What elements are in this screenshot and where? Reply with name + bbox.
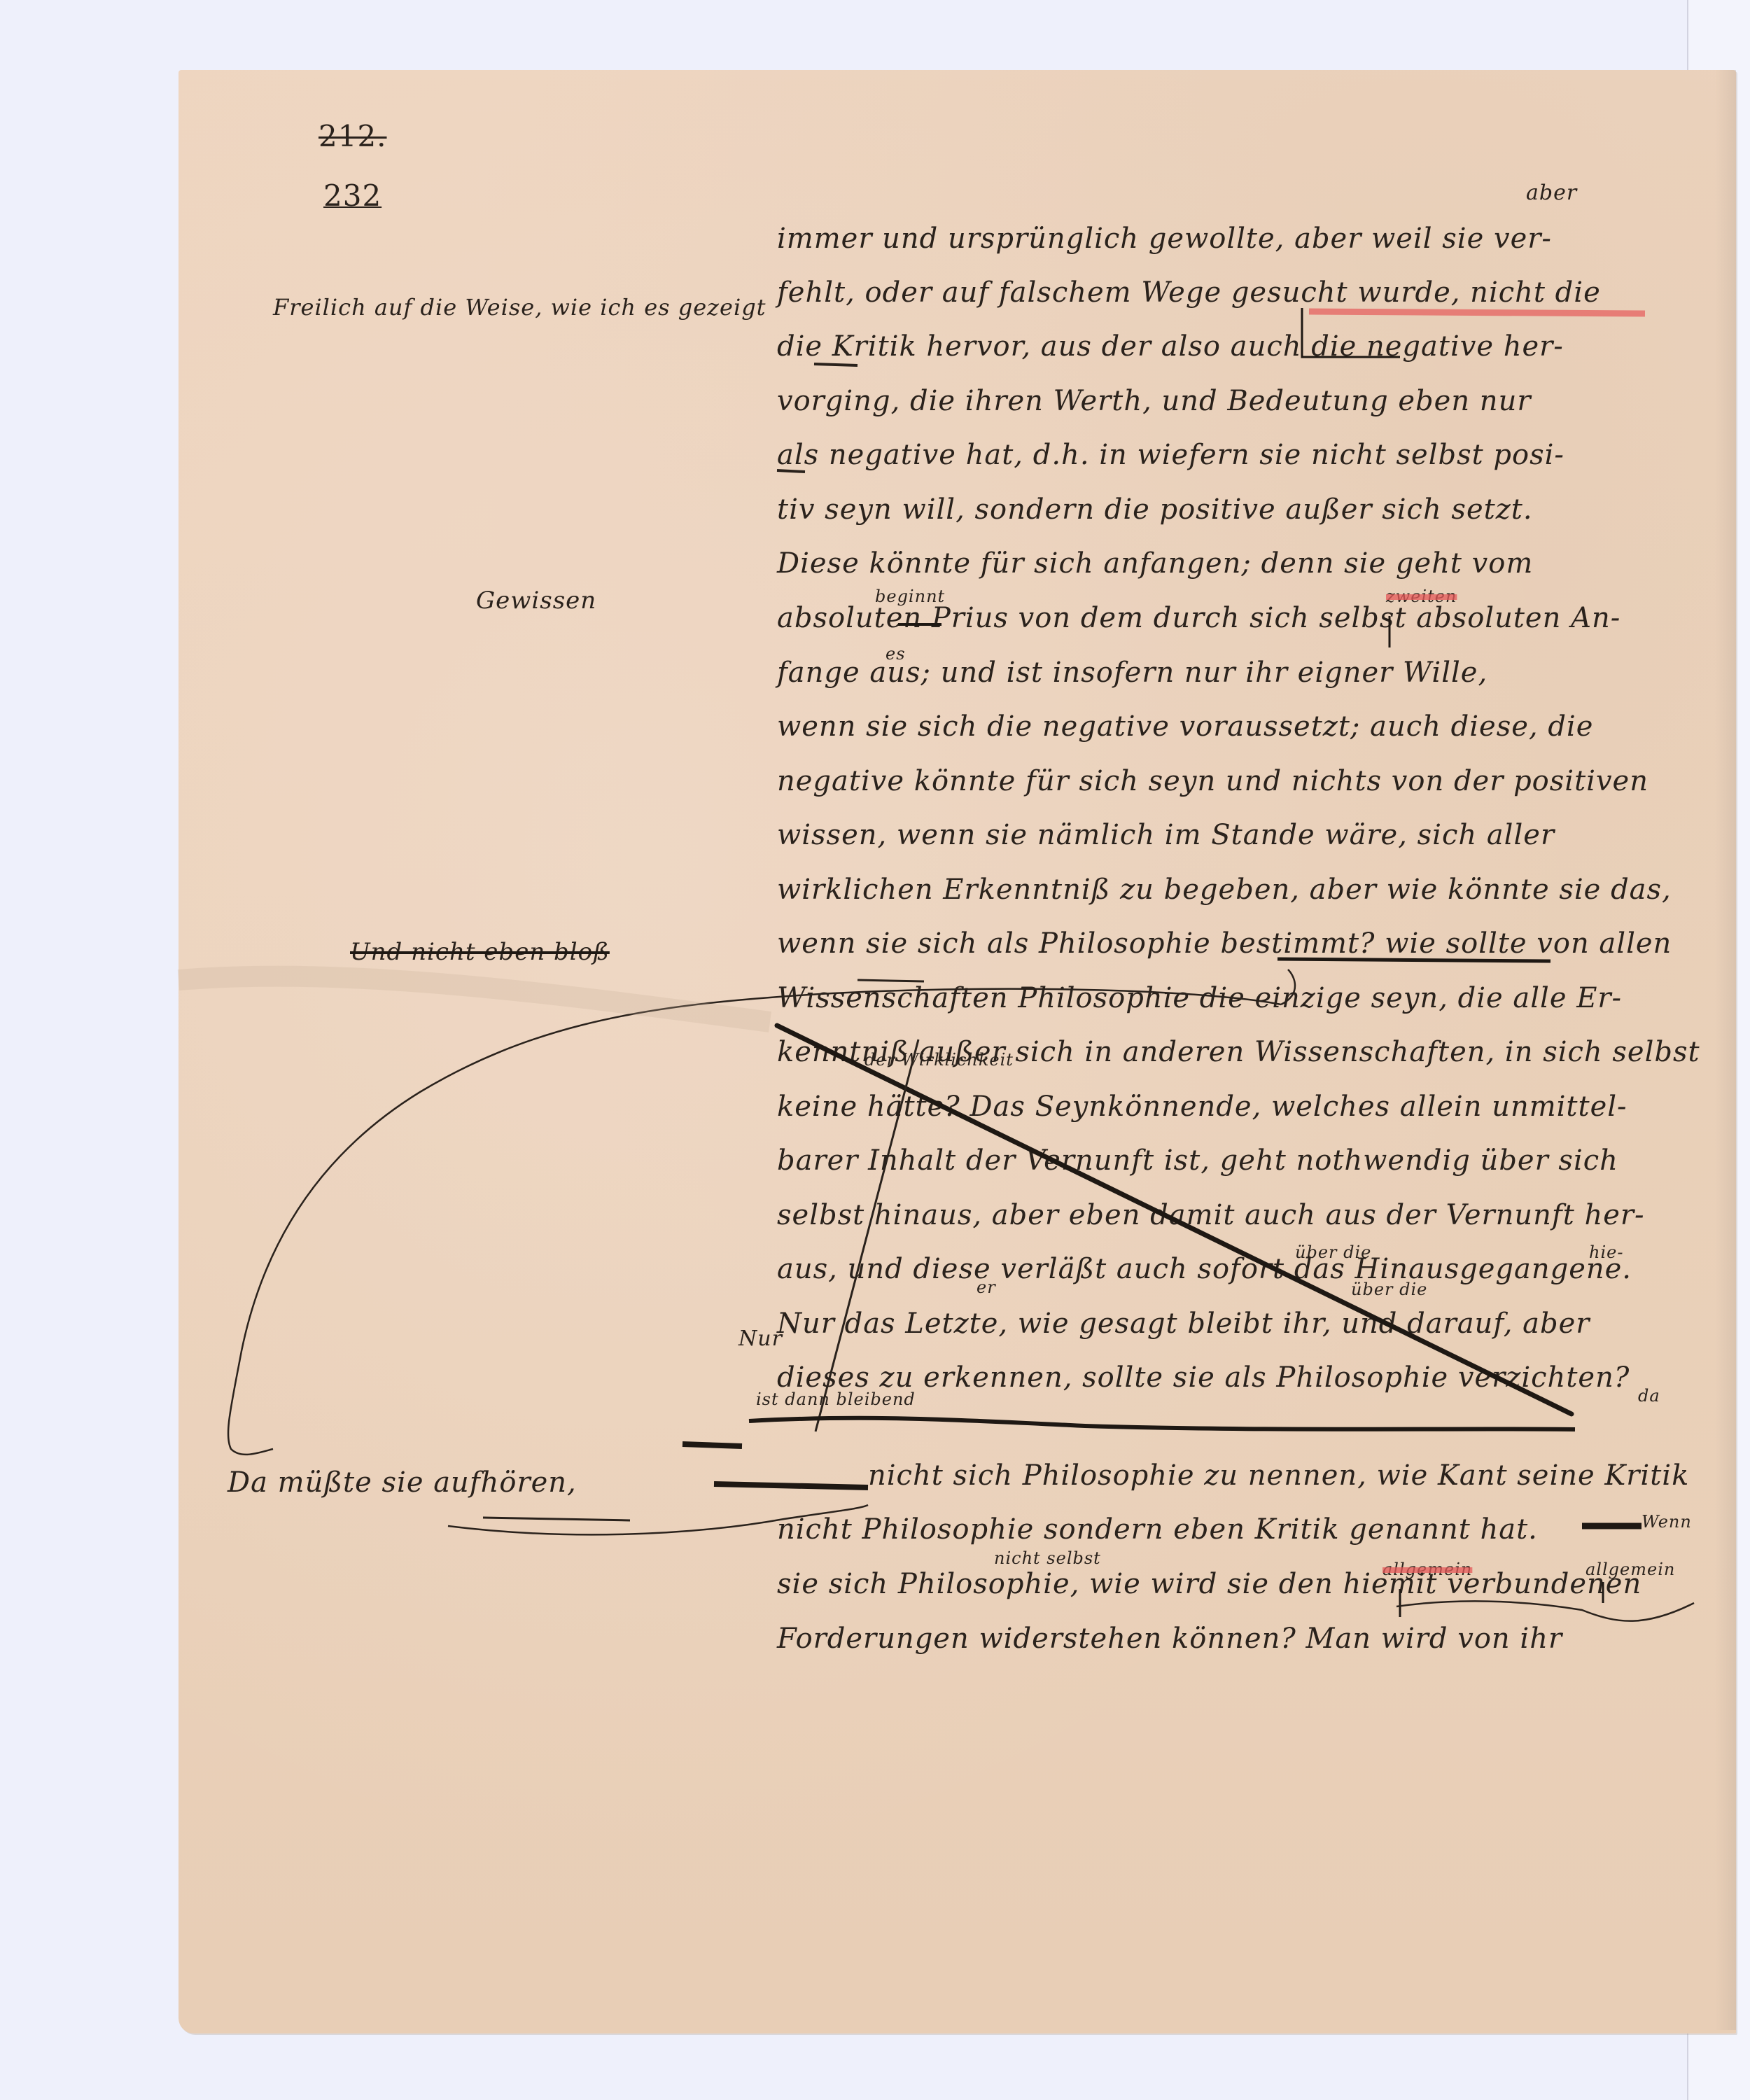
folio-number-old: 212. bbox=[318, 119, 387, 153]
text-line-21: Nur das Letzte, wie gesagt bleibt ihr, u… bbox=[777, 1308, 1590, 1340]
text-line-18: barer Inhalt der Vernunft ist, geht noth… bbox=[777, 1144, 1618, 1177]
insertion-aber: aber bbox=[1526, 181, 1577, 205]
text-line-22: dieses zu erkennen, sollte sie als Philo… bbox=[777, 1361, 1630, 1394]
insertion-nur: Nur bbox=[738, 1326, 783, 1351]
text-line-19: selbst hinaus, aber eben damit auch aus … bbox=[777, 1199, 1645, 1231]
text-line-1: immer und ursprünglich gewollte, aber we… bbox=[777, 223, 1552, 255]
page-edge-shadow bbox=[1715, 70, 1736, 2030]
margin-note-4: Da müßte sie aufhören, bbox=[227, 1466, 577, 1499]
text-line-26: Forderungen widerstehen können? Man wird… bbox=[777, 1623, 1562, 1655]
margin-note-3-struck: Und nicht eben bloß bbox=[350, 938, 610, 966]
text-line-14: wenn sie sich als Philosophie bestimmt? … bbox=[777, 927, 1672, 960]
text-line-12: wissen, wenn sie nämlich im Stande wäre,… bbox=[777, 819, 1555, 851]
text-line-7: Diese könnte für sich anfangen; denn sie… bbox=[777, 547, 1533, 580]
margin-note-1: Freilich auf die Weise, wie ich es gezei… bbox=[273, 294, 766, 321]
text-line-8: absoluten Prius von dem durch sich selbs… bbox=[777, 602, 1620, 634]
text-line-11: negative könnte für sich seyn und nichts… bbox=[777, 765, 1648, 797]
text-line-2: fehlt, oder auf falschem Wege gesucht wu… bbox=[777, 276, 1601, 309]
text-line-9: fange aus; und ist insofern nur ihr eign… bbox=[777, 657, 1487, 689]
text-line-20: aus, und diese verläßt auch sofort das H… bbox=[777, 1253, 1632, 1285]
text-line-4: vorging, die ihren Werth, und Bedeutung … bbox=[777, 385, 1531, 417]
text-line-15: Wissenschaften Philosophie die einzige s… bbox=[777, 982, 1622, 1014]
text-line-13: wirklichen Erkenntniß zu begeben, aber w… bbox=[777, 874, 1672, 906]
text-line-25: sie sich Philosophie, wie wird sie den h… bbox=[777, 1568, 1641, 1600]
text-line-5: als negative hat, d.h. in wiefern sie ni… bbox=[777, 439, 1564, 471]
insertion-nicht-selbst: nicht selbst bbox=[994, 1548, 1101, 1568]
folio-number-new: 232 bbox=[323, 178, 381, 213]
margin-note-2: Gewissen bbox=[476, 587, 596, 615]
text-line-6: tiv seyn will, sondern die positive auße… bbox=[777, 493, 1533, 526]
text-line-10: wenn sie sich die negative voraussetzt; … bbox=[777, 710, 1593, 743]
text-line-16: kenntniß außer sich in anderen Wissensch… bbox=[777, 1036, 1700, 1068]
insertion-wenn: Wenn bbox=[1641, 1512, 1692, 1532]
text-line-3: die Kritik hervor, aus der also auch die… bbox=[777, 330, 1564, 363]
text-line-23: nicht sich Philosophie zu nennen, wie Ka… bbox=[868, 1459, 1689, 1492]
text-line-24: nicht Philosophie sondern eben Kritik ge… bbox=[777, 1513, 1538, 1546]
text-line-17: keine hätte? Das Seynkönnende, welches a… bbox=[777, 1091, 1627, 1123]
insertion-da: da bbox=[1638, 1386, 1660, 1406]
